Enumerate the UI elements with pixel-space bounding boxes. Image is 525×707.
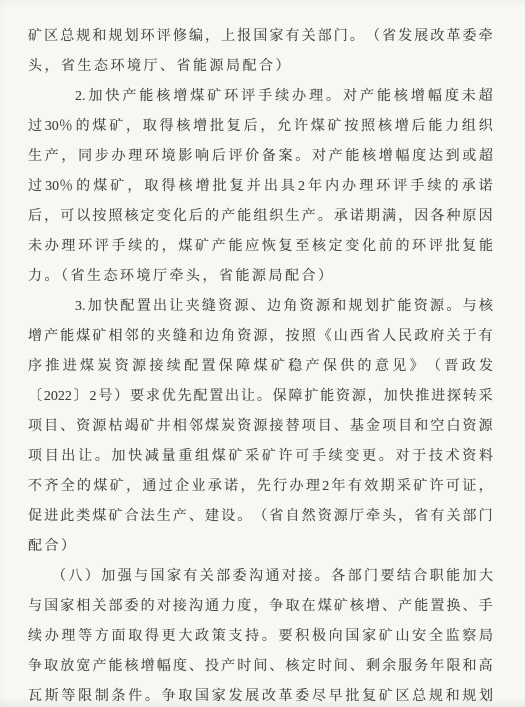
text-line-3: 2.加快产能核增煤矿环评手续办理。对产能核增幅度未超	[28, 82, 493, 112]
text-line-9: 力。（省生态环境厅牵头，省能源局配合）	[28, 262, 493, 292]
text-line-4: 过30％的煤矿，取得核增批复后，允许煤矿按照核增后能力组织	[28, 112, 493, 142]
text-line-16: 不齐全的煤矿，通过企业承诺，先行办理2年有效期采矿许可证，	[28, 472, 493, 502]
text-line-21: 续办理等方面取得更大政策支持。要积极向国家矿山安全监察局	[28, 622, 493, 652]
text-line-15: 项目出让。加快减量重组煤矿采矿许可手续变更。对于技术资料	[28, 442, 493, 472]
text-line-18: 配合）	[28, 532, 493, 562]
text-line-17: 促进此类煤矿合法生产、建设。（省自然资源厅牵头，省有关部门	[28, 502, 493, 532]
text-line-5: 生产，同步办理环境影响后评价备案。对产能核增幅度达到或超	[28, 142, 493, 172]
text-line-2: 头，省生态环境厅、省能源局配合）	[28, 52, 493, 82]
text-line-14: 项目、资源枯竭矿井相邻煤炭资源接替项目、基金项目和空白资源	[28, 412, 493, 442]
text-line-13: 〔2022〕2号）要求优先配置出让。保障扩能资源，加快推进探转采	[28, 382, 493, 412]
text-line-12: 序推进煤炭资源接续配置保障煤矿稳产保供的意见》（晋政发	[28, 352, 493, 382]
document-page: 矿区总规和规划环评修编，上报国家有关部门。（省发展改革委牵头，省生态环境厅、省能…	[0, 0, 525, 707]
text-line-22: 争取放宽产能核增幅度、投产时间、核定时间、剩余服务年限和高	[28, 652, 493, 682]
text-line-10: 3.加快配置出让夹缝资源、边角资源和规划扩能资源。与核	[28, 292, 493, 322]
text-line-7: 后，可以按照核定变化后的产能组织生产。承诺期满，因各种原因	[28, 202, 493, 232]
text-line-6: 过30％的煤矿，取得核增批复并出具2年内办理环评手续的承诺	[28, 172, 493, 202]
text-line-8: 未办理环评手续的，煤矿产能应恢复至核定变化前的环评批复能	[28, 232, 493, 262]
text-block: 矿区总规和规划环评修编，上报国家有关部门。（省发展改革委牵头，省生态环境厅、省能…	[28, 22, 493, 707]
text-line-19: （八）加强与国家有关部委沟通对接。各部门要结合职能加大	[28, 562, 493, 592]
text-line-11: 增产能煤矿相邻的夹缝和边角资源，按照《山西省人民政府关于有	[28, 322, 493, 352]
text-line-1: 矿区总规和规划环评修编，上报国家有关部门。（省发展改革委牵	[28, 22, 493, 52]
text-line-23: 瓦斯等限制条件。争取国家发展改革委尽早批复矿区总规和规划	[28, 682, 493, 707]
text-line-20: 与国家相关部委的对接沟通力度，争取在煤矿核增、产能置换、手	[28, 592, 493, 622]
